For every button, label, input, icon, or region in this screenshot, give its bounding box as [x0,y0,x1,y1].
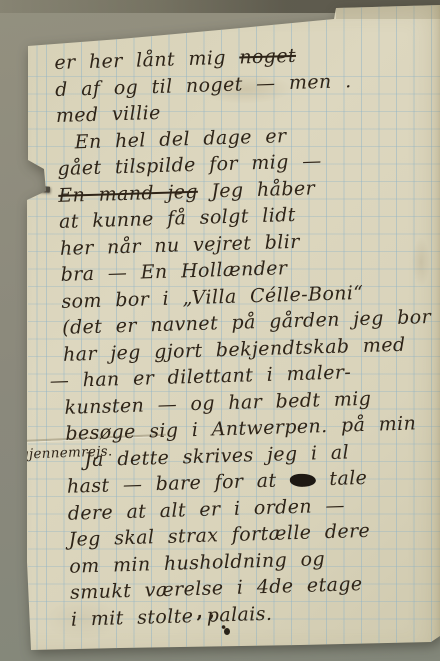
letter-paper-wrap: er her lånt mig nogetd af og til noget —… [0,0,440,661]
letter-photograph: er her lånt mig nogetd af og til noget —… [0,0,440,661]
letter-paper: er her lånt mig nogetd af og til noget —… [0,0,440,661]
paper-edge-shading [0,0,440,661]
